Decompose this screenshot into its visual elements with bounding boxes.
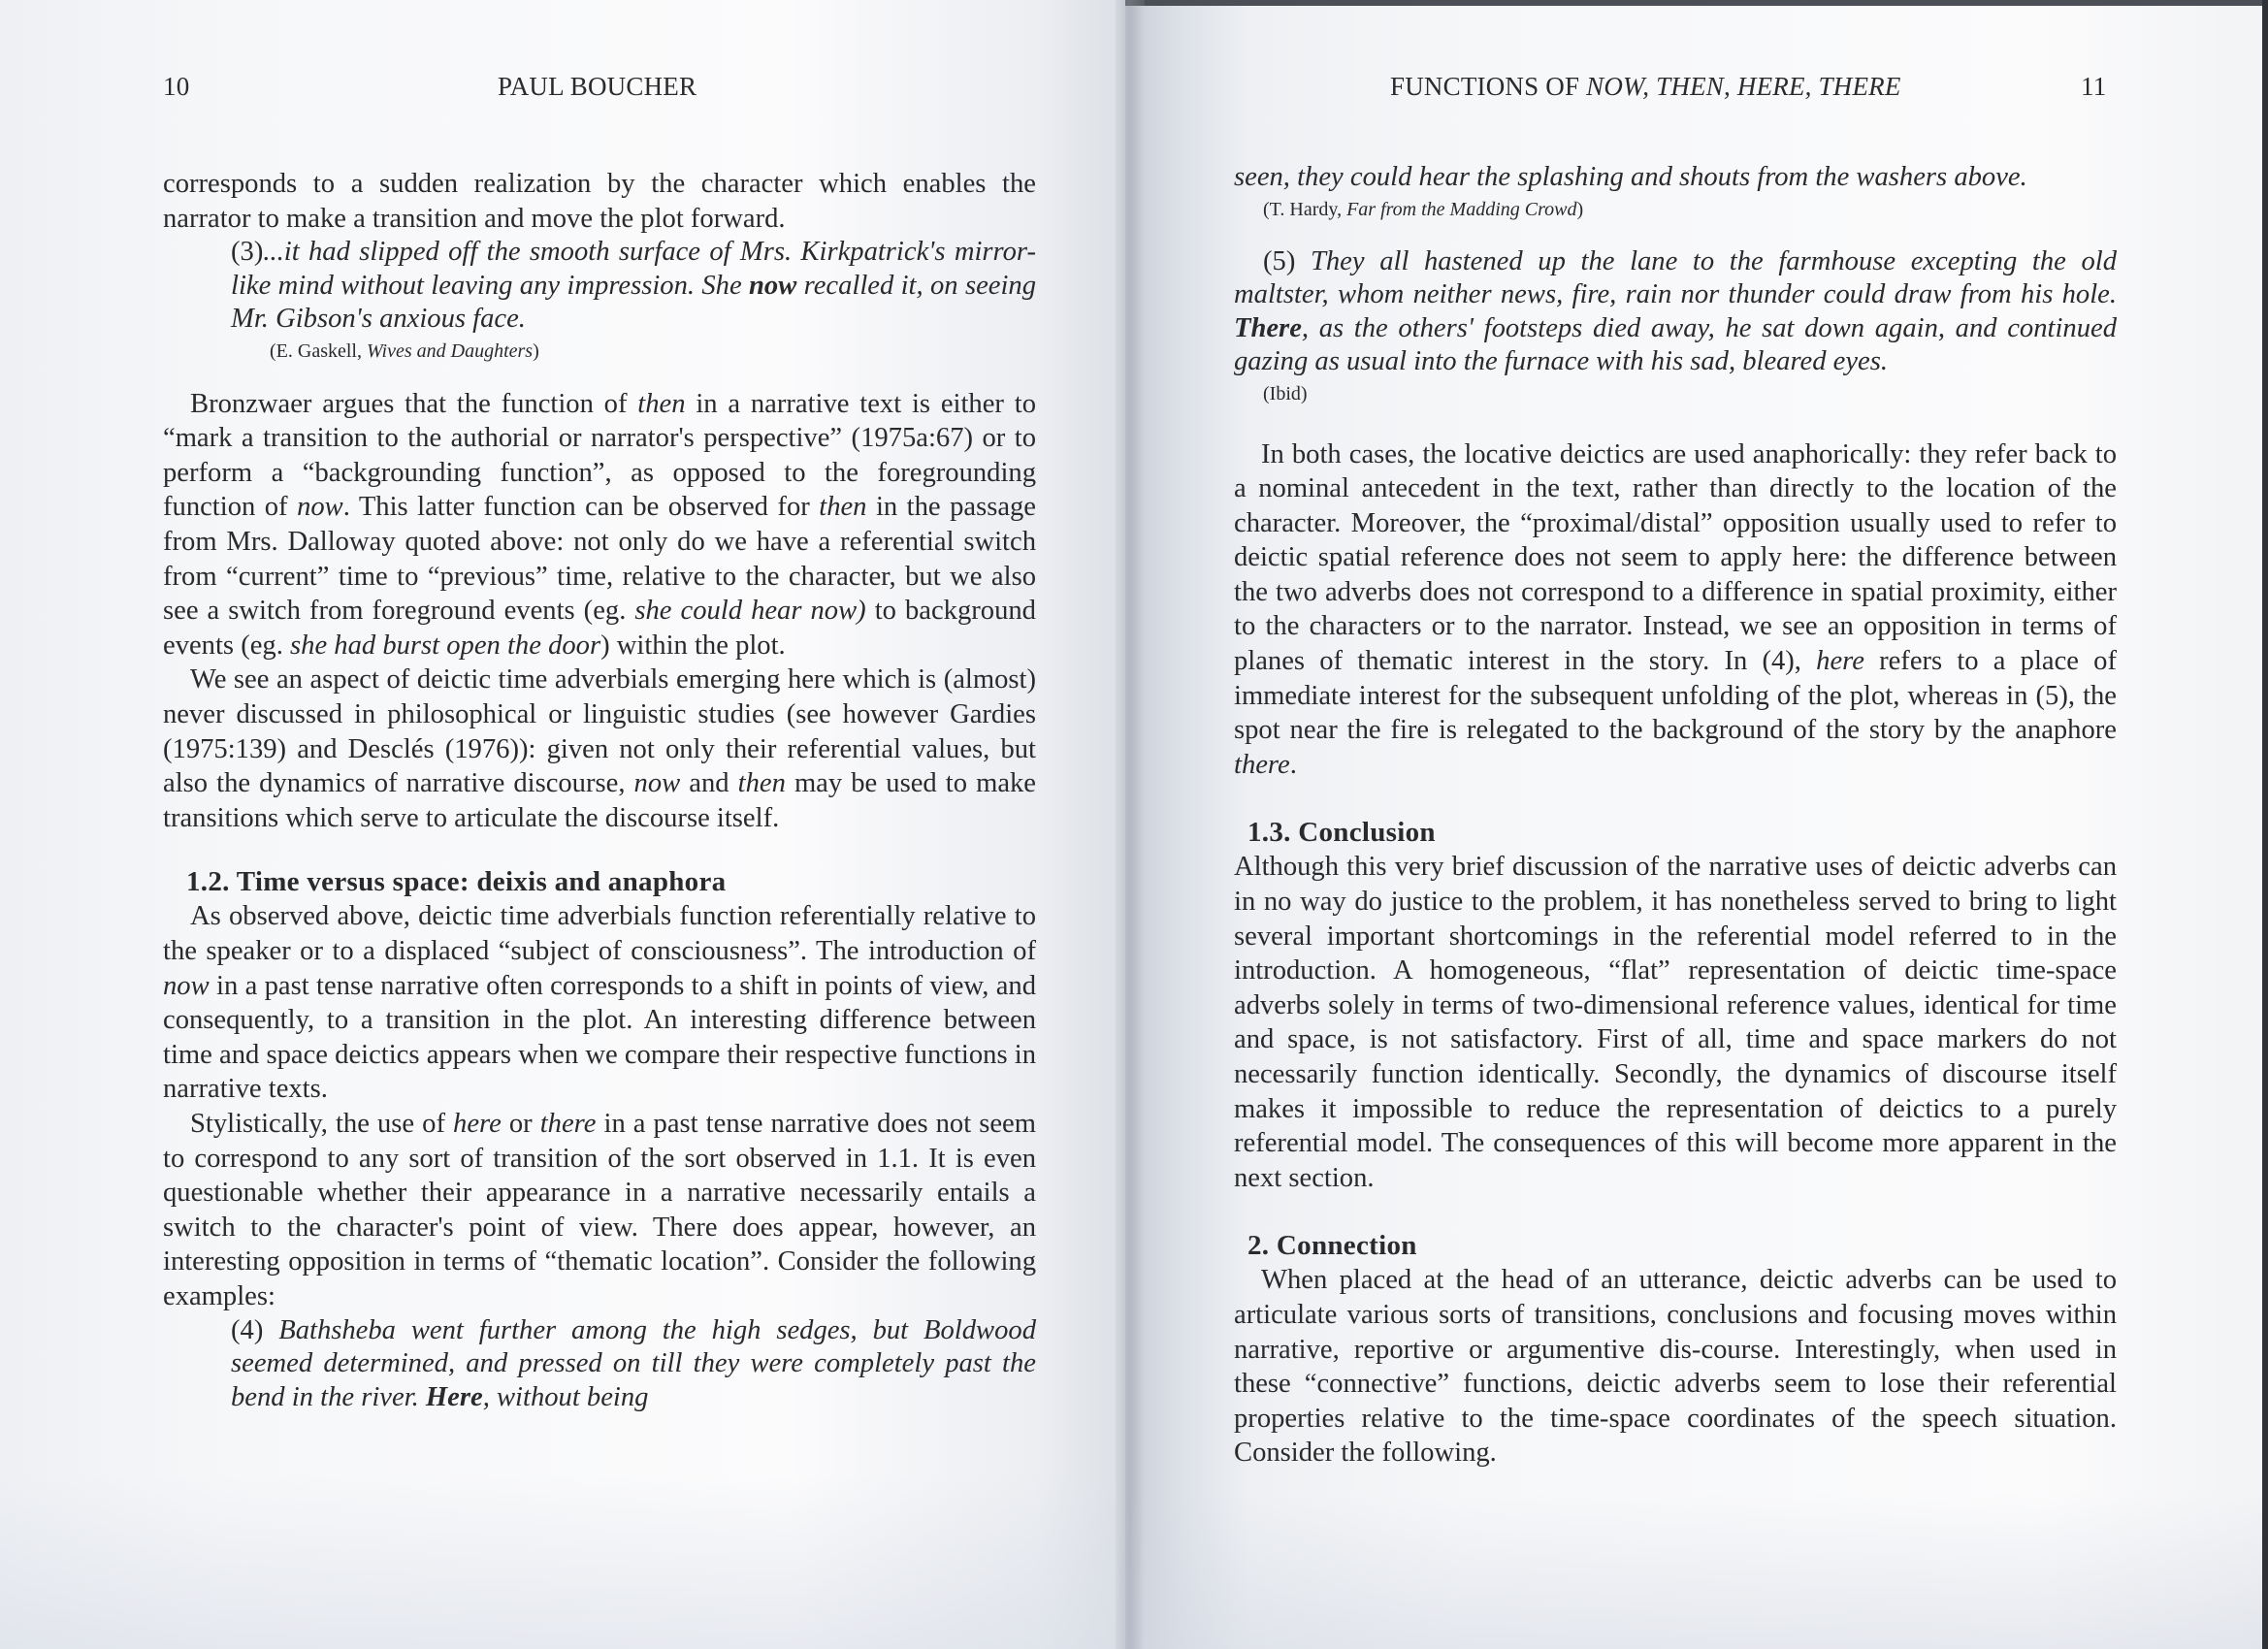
- section-heading-1-2: 1.2. Time versus space: deixis and anaph…: [163, 864, 1036, 899]
- text-run: in a past tense narrative does not seem …: [163, 1109, 1036, 1311]
- citation-author: (Ibid): [1263, 383, 1308, 404]
- emphasis-bold: There: [1234, 313, 1302, 343]
- page-number: 11: [2081, 72, 2106, 102]
- running-head-italic: NOW, THEN, HERE, THERE: [1586, 72, 1900, 101]
- emphasis-italic: then: [637, 389, 685, 419]
- text-run: in a past tense narrative often correspo…: [163, 971, 1036, 1105]
- paragraph-aspect: We see an aspect of deictic time adverbi…: [163, 663, 1036, 835]
- text-run: , without being: [483, 1382, 649, 1412]
- text-run: Stylistically, the use of: [190, 1109, 453, 1139]
- text-run: Although this very brief discussion of t…: [1234, 852, 2117, 1192]
- citation-close: ): [1577, 199, 1584, 220]
- emphasis-italic: then: [738, 768, 786, 798]
- emphasis-italic: here: [453, 1109, 502, 1139]
- example-number: (5): [1263, 246, 1295, 276]
- book-spine-shadow: [1116, 0, 1145, 1649]
- paragraph-stylistically: Stylistically, the use of here or there …: [163, 1107, 1036, 1314]
- text-run: seen, they could hear the splashing and …: [1234, 162, 2027, 192]
- emphasis-italic: now: [163, 971, 210, 1001]
- text-run: corresponds to a sudden realization by t…: [163, 169, 1036, 234]
- example-number: (4): [231, 1315, 263, 1345]
- section-heading-2: 2. Connection: [1234, 1228, 2117, 1263]
- paragraph-conclusion: Although this very brief discussion of t…: [1234, 850, 2117, 1195]
- emphasis-italic: then: [819, 492, 866, 522]
- example-3: (3)...it had slipped off the smooth surf…: [231, 236, 1036, 337]
- emphasis-italic: she could hear now): [634, 596, 865, 626]
- text-run: ) within the plot.: [600, 630, 786, 661]
- text-run: In both cases, the locative deictics are…: [1234, 439, 2117, 677]
- text-run: or: [502, 1109, 540, 1139]
- example-5: (5) They all hastened up the lane to the…: [1234, 245, 2117, 379]
- text-run: When placed at the head of an utterance,…: [1234, 1265, 2117, 1468]
- book-spread: 10 PAUL BOUCHER corresponds to a sudden …: [0, 0, 2268, 1649]
- running-head-author: PAUL BOUCHER: [498, 72, 697, 102]
- text-run: , as the others' footsteps died away, he…: [1234, 313, 2117, 377]
- text-run: and: [680, 768, 737, 798]
- text-run: .: [1290, 750, 1297, 780]
- citation-source: (E. Gaskell, Wives and Daughters): [270, 337, 1036, 366]
- scanner-edge: [2262, 0, 2268, 1649]
- citation-author: (T. Hardy,: [1263, 199, 1346, 220]
- citation-author: (E. Gaskell,: [270, 340, 367, 362]
- citation-source: (T. Hardy, Far from the Madding Crowd): [1263, 195, 2117, 224]
- example-4: (4) Bathsheba went further among the hig…: [231, 1314, 1036, 1415]
- running-head-prefix: FUNCTIONS OF: [1390, 72, 1586, 101]
- left-page-body: corresponds to a sudden realization by t…: [163, 167, 1036, 1414]
- text-run: . This latter function can be observed f…: [343, 492, 820, 522]
- paragraph-connection: When placed at the head of an utterance,…: [1234, 1263, 2117, 1471]
- example-4-continued: seen, they could hear the splashing and …: [1234, 161, 2117, 195]
- emphasis-bold: Here: [426, 1382, 483, 1412]
- section-heading-1-3: 1.3. Conclusion: [1234, 815, 2117, 850]
- paragraph-bronzwaer: Bronzwaer argues that the function of th…: [163, 387, 1036, 663]
- left-page: 10 PAUL BOUCHER corresponds to a sudden …: [0, 0, 1125, 1649]
- text-run: Bronzwaer argues that the function of: [190, 389, 637, 419]
- right-page: FUNCTIONS OF NOW, THEN, HERE, THERE 11 s…: [1125, 0, 2262, 1649]
- running-head-title: FUNCTIONS OF NOW, THEN, HERE, THERE: [1390, 72, 1901, 102]
- text-run: As observed above, deictic time adverbia…: [163, 901, 1036, 966]
- emphasis-italic: now: [297, 492, 343, 522]
- emphasis-italic: there: [1234, 750, 1290, 780]
- paragraph-continued: corresponds to a sudden realization by t…: [163, 167, 1036, 236]
- page-number: 10: [163, 72, 189, 102]
- example-number: (3): [231, 237, 263, 267]
- emphasis-italic: she had burst open the door: [290, 630, 600, 661]
- emphasis-italic: now: [634, 768, 681, 798]
- paragraph-both-cases: In both cases, the locative deictics are…: [1234, 437, 2117, 783]
- citation-title: Wives and Daughters: [367, 340, 533, 362]
- paragraph-observed: As observed above, deictic time adverbia…: [163, 899, 1036, 1107]
- citation-title: Far from the Madding Crowd: [1346, 199, 1576, 220]
- emphasis-italic: here: [1816, 646, 1864, 676]
- right-page-body: seen, they could hear the splashing and …: [1234, 161, 2117, 1471]
- citation-source: (Ibid): [1263, 379, 2117, 408]
- emphasis-bold: now: [749, 271, 796, 301]
- emphasis-italic: there: [540, 1109, 597, 1139]
- citation-close: ): [533, 340, 539, 362]
- text-run: They all hastened up the lane to the far…: [1234, 246, 2117, 310]
